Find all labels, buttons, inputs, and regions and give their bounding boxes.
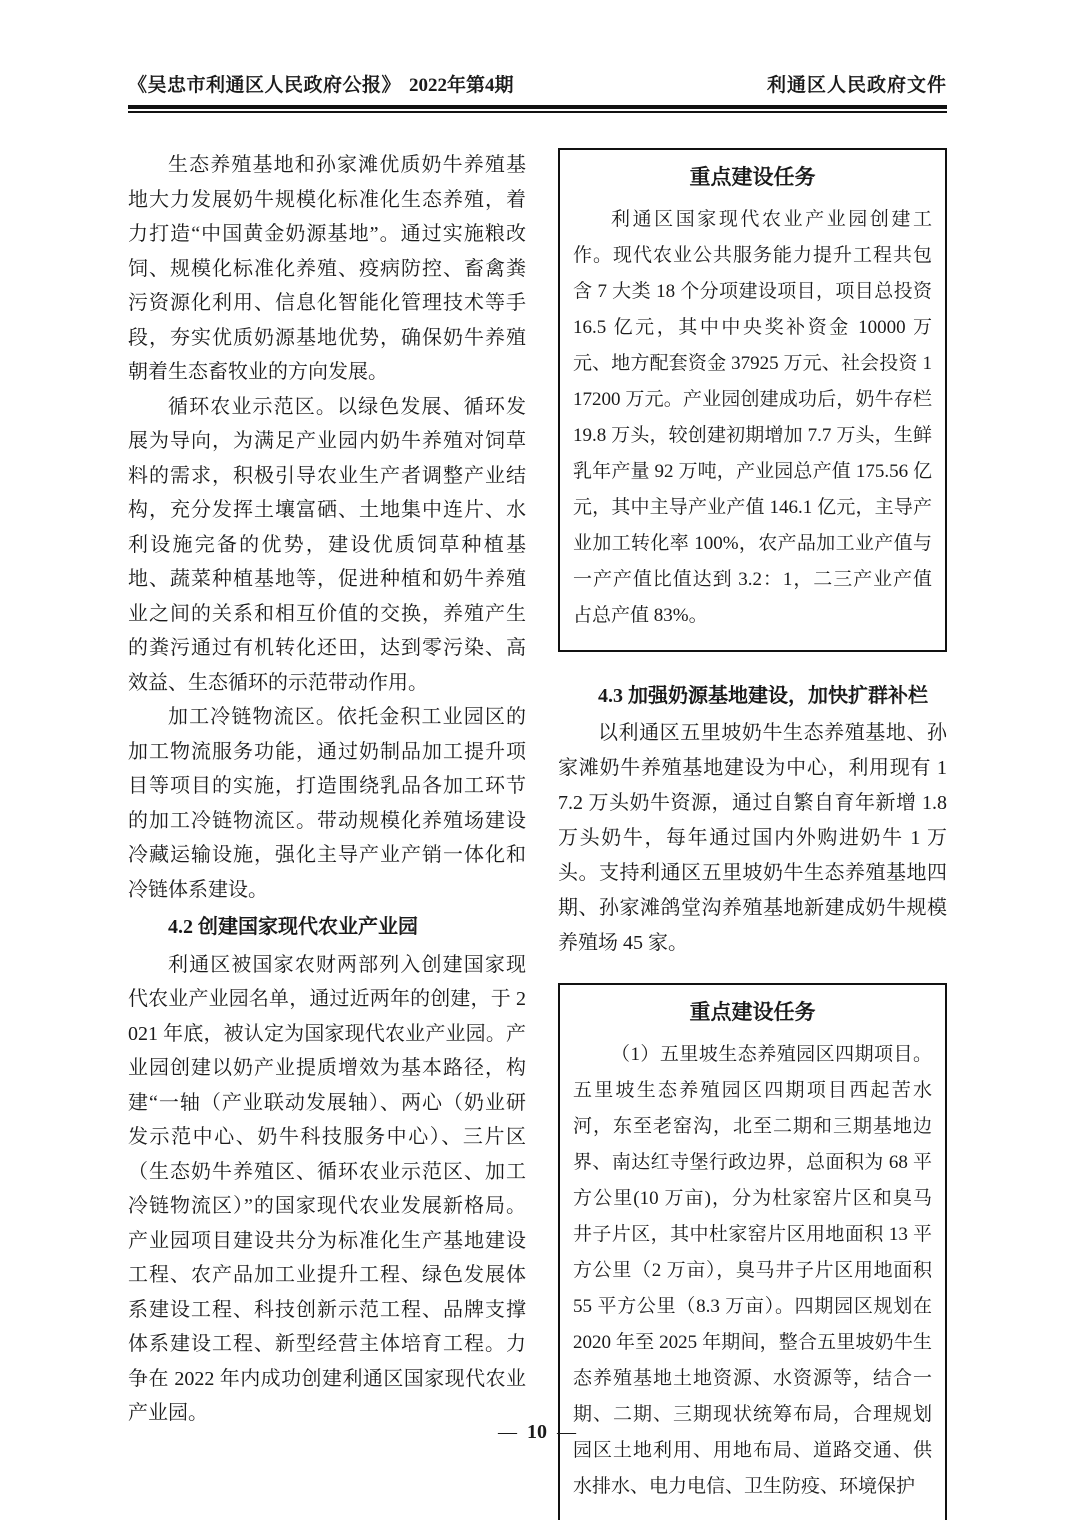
footer-dash-left: — — [498, 1422, 517, 1443]
paragraph-circular-agriculture: 循环农业示范区。以绿色发展、循环发展为导向，为满足产业园内奶牛养殖对饲草料的需求… — [128, 390, 526, 701]
page-footer: —10— — [0, 1421, 1074, 1444]
rule-thin — [128, 111, 947, 113]
paragraph-cold-chain: 加工冷链物流区。依托金积工业园区的加工物流服务功能，通过奶制品加工提升项目等项目… — [128, 700, 526, 907]
header-double-rule — [128, 105, 947, 113]
footer-dash-right: — — [557, 1422, 576, 1443]
paragraph-eco-base: 生态养殖基地和孙家滩优质奶牛养殖基地大力发展奶牛规模化标准化生态养殖，着力打造“… — [128, 148, 526, 390]
key-task-box-1: 重点建设任务 利通区国家现代农业产业园创建工作。现代农业公共服务能力提升工程共包… — [558, 148, 947, 652]
journal-title: 《吴忠市利通区人民政府公报》 — [128, 74, 401, 98]
section-heading-4-2: 4.2 创建国家现代农业产业园 — [128, 910, 526, 945]
gazette-page: 《吴忠市利通区人民政府公报》 2022年第4期 利通区人民政府文件 生态养殖基地… — [0, 0, 1074, 1520]
key-task-box-1-title: 重点建设任务 — [573, 162, 932, 192]
journal-issue: 2022年第4期 — [409, 74, 514, 98]
key-task-box-1-body: 利通区国家现代农业产业园创建工作。现代农业公共服务能力提升工程共包含 7 大类 … — [573, 202, 932, 634]
header-left: 《吴忠市利通区人民政府公报》 2022年第4期 — [128, 74, 514, 98]
header-row: 《吴忠市利通区人民政府公报》 2022年第4期 利通区人民政府文件 — [128, 74, 947, 98]
key-task-box-2-title: 重点建设任务 — [573, 997, 932, 1027]
page-content: 生态养殖基地和孙家滩优质奶牛养殖基地大力发展奶牛规模化标准化生态养殖，着力打造“… — [128, 148, 947, 1520]
right-column: 重点建设任务 利通区国家现代农业产业园创建工作。现代农业公共服务能力提升工程共包… — [558, 148, 947, 1520]
rule-thick — [128, 105, 947, 109]
page-header: 《吴忠市利通区人民政府公报》 2022年第4期 利通区人民政府文件 — [128, 74, 947, 113]
section-heading-4-3: 4.3 加强奶源基地建设，加快扩群补栏 — [558, 678, 947, 714]
paragraph-4-3: 以利通区五里坡奶牛生态养殖基地、孙家滩奶牛养殖基地建设为中心，利用现有 17.2… — [558, 716, 947, 961]
document-type-label: 利通区人民政府文件 — [767, 74, 947, 98]
page-number: 10 — [527, 1421, 547, 1443]
left-column: 生态养殖基地和孙家滩优质奶牛养殖基地大力发展奶牛规模化标准化生态养殖，着力打造“… — [128, 148, 526, 1520]
paragraph-4-2: 利通区被国家农财两部列入创建国家现代农业产业园名单，通过近两年的创建，于 202… — [128, 948, 526, 1431]
